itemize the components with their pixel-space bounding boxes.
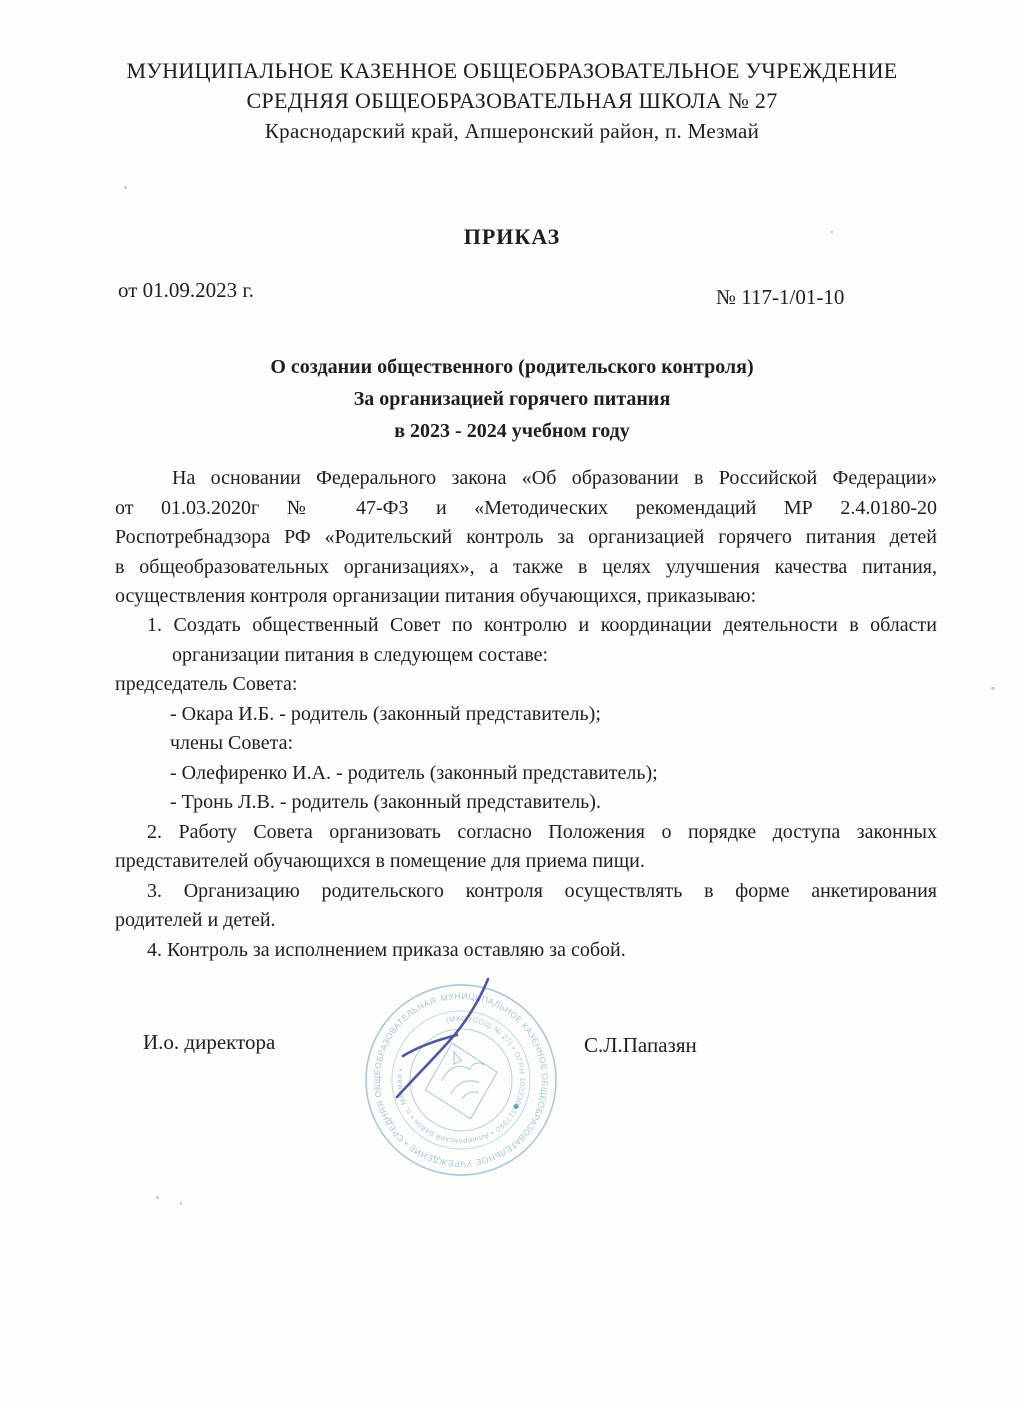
doc-number: № 117-1/01-10 — [716, 285, 844, 310]
preamble-line: На основании Федерального закона «Об обр… — [115, 464, 937, 494]
preamble-line: осуществления контроля организации питан… — [115, 582, 937, 612]
item3-line1: 3. Организацию родительского контроля ос… — [115, 877, 937, 907]
council-chair-label: председатель Совета: — [115, 670, 937, 700]
council-members-label: члены Совета: — [115, 729, 937, 759]
preamble-line: Роспотребнадзора РФ «Родительский контро… — [115, 523, 937, 553]
org-name-line2: СРЕДНЯЯ ОБЩЕОБРАЗОВАТЕЛЬНАЯ ШКОЛА № 27 — [0, 86, 1024, 116]
preamble-line: от 01.03.2020г № 47-ФЗ и «Методических р… — [115, 494, 937, 524]
item3-line2: родителей и детей. — [115, 906, 937, 936]
preamble-paragraph: На основании Федерального закона «Об обр… — [115, 464, 937, 612]
doc-subject: О создании общественного (родительского … — [0, 351, 1024, 447]
council-member: - Олефиренко И.А. - родитель (законный п… — [115, 759, 937, 789]
signature-name: С.Л.Папазян — [584, 1033, 697, 1058]
scan-artifact — [180, 1202, 182, 1205]
item2-line1: 2. Работу Совета организовать согласно П… — [115, 818, 937, 848]
org-location-line: Краснодарский край, Апшеронский район, п… — [0, 116, 1024, 146]
scan-artifact — [124, 186, 127, 189]
subject-line2: За организацией горячего питания — [0, 383, 1024, 415]
scanned-order-document: МУНИЦИПАЛЬНОЕ КАЗЕННОЕ ОБЩЕОБРАЗОВАТЕЛЬН… — [0, 0, 1024, 1408]
item1-line2: организации питания в следующем составе: — [115, 641, 937, 671]
doc-type-title: ПРИКАЗ — [0, 224, 1024, 250]
item4-line: 4. Контроль за исполнением приказа остав… — [115, 936, 937, 966]
scan-artifact — [830, 231, 833, 233]
subject-line3: в 2023 - 2024 учебном году — [0, 415, 1024, 447]
scan-artifact — [991, 687, 995, 690]
handwritten-signature — [360, 958, 510, 1108]
preamble-line: в общеобразовательных организациях», а т… — [115, 553, 937, 583]
item1-line1: 1. Создать общественный Совет по контрол… — [115, 611, 937, 641]
council-chair: - Окара И.Б. - родитель (законный предст… — [115, 700, 937, 730]
order-items: 1. Создать общественный Совет по контрол… — [115, 611, 937, 965]
doc-date: от 01.09.2023 г. — [118, 278, 254, 303]
council-member: - Тронь Л.В. - родитель (законный предст… — [115, 788, 937, 818]
item2-line2: представителей обучающихся в помещение д… — [115, 847, 937, 877]
pen-signature-icon — [360, 958, 510, 1108]
org-name-line1: МУНИЦИПАЛЬНОЕ КАЗЕННОЕ ОБЩЕОБРАЗОВАТЕЛЬН… — [0, 56, 1024, 86]
signature-position-label: И.о. директора — [143, 1030, 275, 1055]
scan-artifact — [156, 1196, 159, 1199]
subject-line1: О создании общественного (родительского … — [0, 351, 1024, 383]
org-header: МУНИЦИПАЛЬНОЕ КАЗЕННОЕ ОБЩЕОБРАЗОВАТЕЛЬН… — [0, 56, 1024, 146]
